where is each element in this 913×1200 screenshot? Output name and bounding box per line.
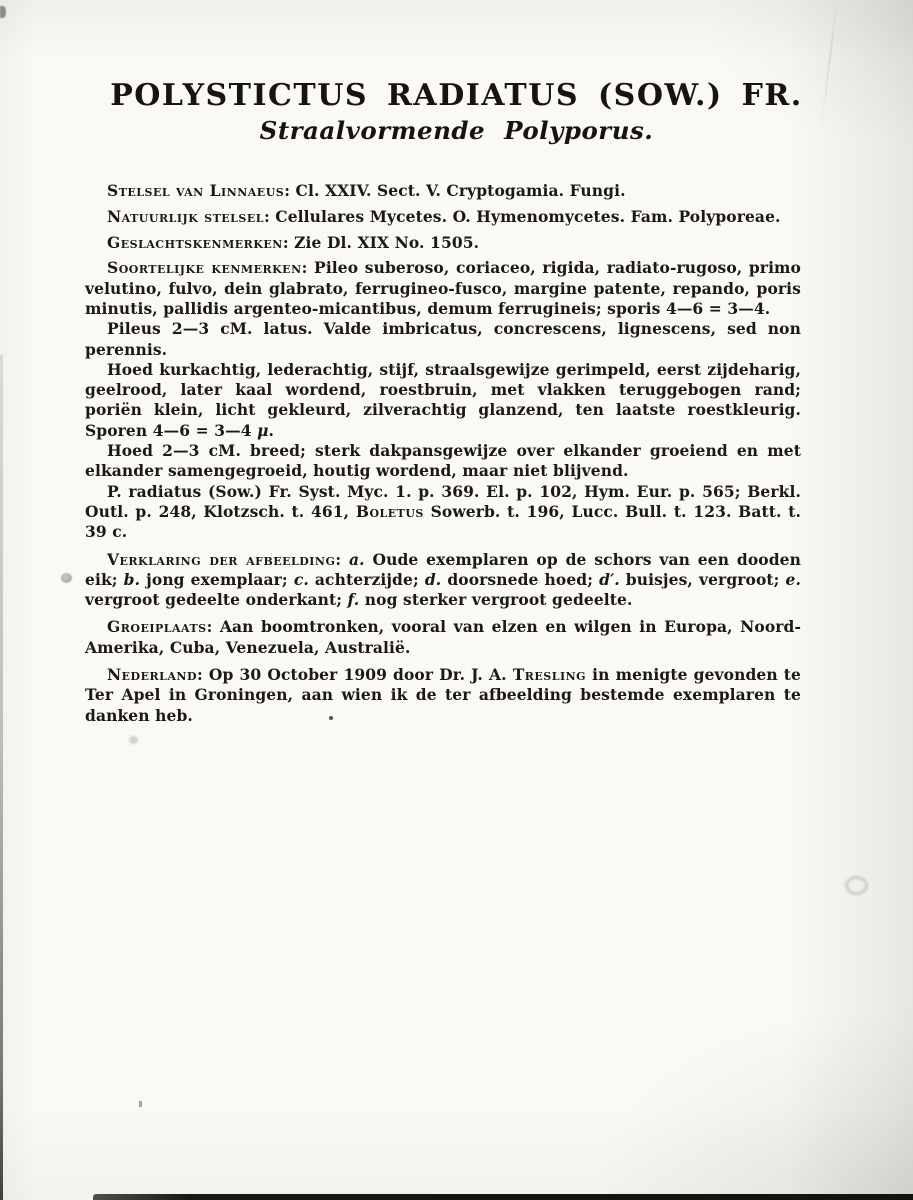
paragraph-groeiplaats: Groeiplaats: Aan boomtronken, vooral van…	[85, 617, 801, 658]
text-segment: Verklaring der afbeelding	[107, 550, 335, 569]
paragraph-natuurlijk-stelsel: Natuurlijk stelsel: Cellulares Mycetes. …	[85, 207, 801, 227]
text-segment: Pileus 2—3 cM. latus. Valde imbricatus, …	[85, 319, 801, 358]
scanned-book-page: POLYSTICTUS RADIATUS (SOW.) FR. Straalvo…	[0, 0, 913, 1200]
text-segment: Tresling	[513, 665, 586, 684]
text-segment: Boletus	[356, 502, 424, 521]
scan-spot-left-margin	[61, 573, 72, 583]
text-segment: jong exemplaar;	[140, 570, 294, 589]
text-segment: vergroot gedeelte onderkant;	[85, 590, 348, 609]
paragraph-pileus: Pileus 2—3 cM. latus. Valde imbricatus, …	[85, 319, 801, 360]
text-segment: :	[335, 550, 349, 569]
species-subtitle: Straalvormende Polyporus.	[0, 116, 913, 145]
text-segment: : Cl. XXIV. Sect. V. Cryptogamia. Fungi.	[284, 181, 625, 200]
scan-bottom-edge-bar	[93, 1194, 913, 1200]
text-segment: : Zie Dl. XIX No. 1505.	[283, 233, 479, 252]
text-segment: Geslachtskenmerken	[107, 233, 283, 252]
paragraph-hoed-breed: Hoed 2—3 cM. breed; sterk dakpansgewijze…	[85, 441, 801, 482]
text-segment: : Op 30 October 1909 door Dr. J. A.	[197, 665, 513, 684]
text-segment: : Cellulares Mycetes. O. Hymenomycetes. …	[264, 207, 781, 226]
text-segment: f.	[348, 590, 360, 609]
paragraph-hoed-kurkachtig: Hoed kurkachtig, lederachtig, stijf, str…	[85, 360, 801, 441]
paragraph-soortelijke-kenmerken: Soortelijke kenmerken: Pileo suberoso, c…	[85, 258, 801, 319]
body-text-column: Stelsel van Linnaeus: Cl. XXIV. Sect. V.…	[85, 181, 801, 726]
text-segment: μ	[257, 421, 268, 440]
text-segment: achterzijde;	[309, 570, 425, 589]
paragraph-verklaring-der-afbeelding: Verklaring der afbeelding: a. Oude exemp…	[85, 550, 801, 611]
text-segment: Nederland	[107, 665, 197, 684]
species-title: POLYSTICTUS RADIATUS (SOW.) FR.	[0, 78, 913, 113]
scan-speck-top-left	[0, 6, 6, 18]
text-segment: b.	[124, 570, 140, 589]
text-segment: doorsnede hoed;	[441, 570, 599, 589]
text-segment: nog sterker vergroot gedeelte.	[359, 590, 632, 609]
scan-left-edge-shadow	[0, 355, 3, 1200]
paragraph-geslachtskenmerken: Geslachtskenmerken: Zie Dl. XIX No. 1505…	[85, 233, 801, 253]
text-segment: Hoed kurkachtig, lederachtig, stijf, str…	[85, 360, 801, 440]
paragraph-stelsel-van-linnaeus: Stelsel van Linnaeus: Cl. XXIV. Sect. V.…	[85, 181, 801, 201]
paragraph-nederland: Nederland: Op 30 October 1909 door Dr. J…	[85, 665, 801, 726]
page-heading: POLYSTICTUS RADIATUS (SOW.) FR. Straalvo…	[0, 78, 913, 145]
text-segment: a.	[349, 550, 365, 569]
text-segment: Soortelijke kenmerken	[107, 258, 302, 277]
paragraph-synonymie: P. radiatus (Sow.) Fr. Syst. Myc. 1. p. …	[85, 482, 801, 543]
text-segment: Groeiplaats	[107, 617, 207, 636]
text-segment: e.	[786, 570, 801, 589]
text-segment: buisjes, vergroot;	[620, 570, 786, 589]
scan-speck-bottom	[139, 1101, 142, 1107]
text-segment: Stelsel van Linnaeus	[107, 181, 284, 200]
scan-smudge-middle	[129, 736, 138, 744]
text-segment: c.	[294, 570, 309, 589]
text-segment: d.	[425, 570, 441, 589]
text-segment: Hoed 2—3 cM. breed; sterk dakpansgewijze…	[85, 441, 801, 480]
text-segment: Natuurlijk stelsel	[107, 207, 264, 226]
scan-smudge-right-margin	[845, 876, 868, 895]
text-segment: .	[269, 421, 275, 440]
text-segment: d′.	[599, 570, 620, 589]
